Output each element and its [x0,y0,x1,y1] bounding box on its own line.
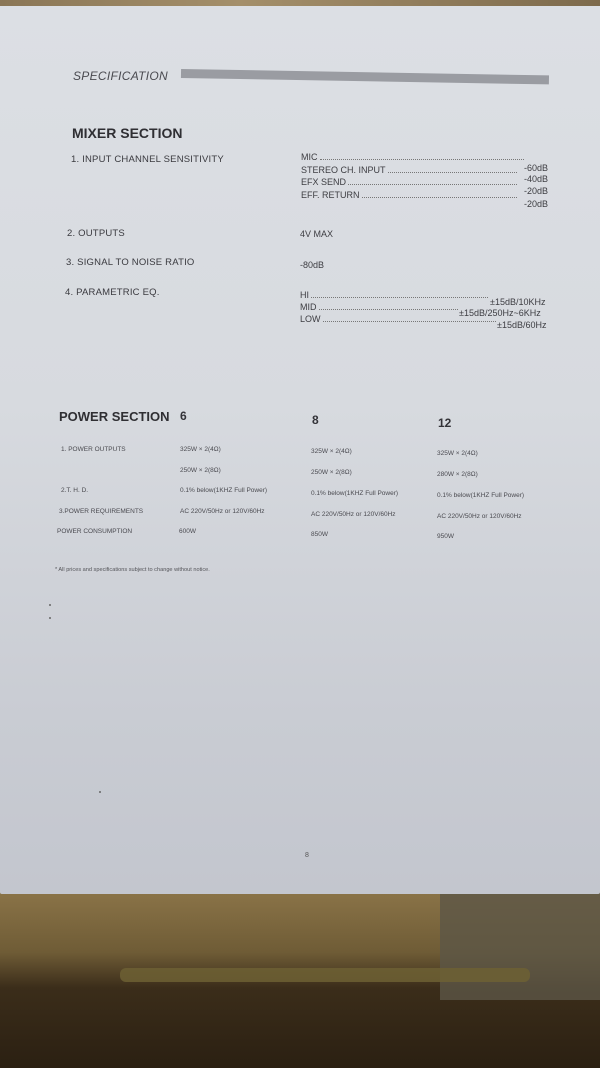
power-row-label-requirements: 3.POWER REQUIREMENTS [59,508,143,515]
power-value-outputs-4ohm-12: 325W × 2(4Ω) [437,450,478,457]
power-value-outputs-8ohm-12: 280W × 2(8Ω) [437,471,478,478]
power-value-requirements-6: AC 220V/50Hz or 120V/60Hz [180,508,265,515]
power-value-requirements-12: AC 220V/50Hz or 120V/60Hz [437,513,522,520]
power-value-consumption-12: 950W [437,533,454,540]
model-header-8: 8 [312,413,319,427]
power-row-label-thd: 2.T. H. D. [61,487,88,494]
power-value-outputs-4ohm-6: 325W × 2(4Ω) [180,446,221,453]
background-stone [440,890,600,1000]
power-value-consumption-8: 850W [311,531,328,538]
power-value-outputs-8ohm-8: 250W × 2(8Ω) [311,469,352,476]
model-header-12: 12 [438,416,451,430]
footnote: * All prices and specifications subject … [55,567,210,573]
outputs-value: 4V MAX [300,229,333,239]
page-number: 8 [305,852,309,859]
power-row-label-consumption: POWER CONSUMPTION [57,528,132,535]
paper-speck [49,604,51,606]
power-value-thd-6: 0.1% below(1KHZ Full Power) [180,487,267,494]
power-value-consumption-6: 600W [179,528,196,535]
sensitivity-value-eff-return: -20dB [524,199,548,209]
power-row-label-outputs: 1. POWER OUTPUTS [61,446,126,453]
eq-row-low: LOW [300,314,498,325]
power-value-thd-12: 0.1% below(1KHZ Full Power) [437,492,524,499]
eq-value-low: ±15dB/60Hz [497,320,546,330]
mixer-item-parametric-eq: 4. PARAMETRIC EQ. [65,287,160,298]
spec-header-label: SPECIFICATION [73,69,168,83]
snr-value: -80dB [300,260,324,270]
sensitivity-value-mic: -60dB [524,163,548,173]
mixer-item-snr: 3. SIGNAL TO NOISE RATIO [66,257,195,268]
mixer-item-input-sensitivity: 1. INPUT CHANNEL SENSITIVITY [71,154,224,165]
mixer-item-outputs: 2. OUTPUTS [67,228,125,239]
eq-value-hi: ±15dB/10KHz [490,297,545,307]
sensitivity-value-efx-send: -20dB [524,186,548,196]
paper-speck [99,791,101,793]
paper-speck [49,617,51,619]
eq-row-hi: HI [300,290,490,301]
sensitivity-row-stereo: STEREO CH. INPUT [301,165,519,176]
document-page: SPECIFICATION MIXER SECTION 1. INPUT CHA… [0,6,600,894]
sensitivity-row-efx-send: EFX SEND [301,177,519,188]
spec-header-rule [181,69,549,84]
power-value-requirements-8: AC 220V/50Hz or 120V/60Hz [311,511,396,518]
eq-row-mid: MID [300,302,460,313]
power-value-outputs-8ohm-6: 250W × 2(8Ω) [180,467,221,474]
power-section-title: POWER SECTION [59,409,170,424]
mixer-section-title: MIXER SECTION [72,125,182,141]
power-value-outputs-4ohm-8: 325W × 2(4Ω) [311,448,352,455]
sensitivity-value-stereo: -40dB [524,174,548,184]
model-header-6: 6 [180,409,187,423]
power-value-thd-8: 0.1% below(1KHZ Full Power) [311,490,398,497]
sensitivity-row-eff-return: EFF. RETURN [301,190,519,201]
sensitivity-row-mic: MIC [301,152,526,163]
background-board [120,968,530,982]
